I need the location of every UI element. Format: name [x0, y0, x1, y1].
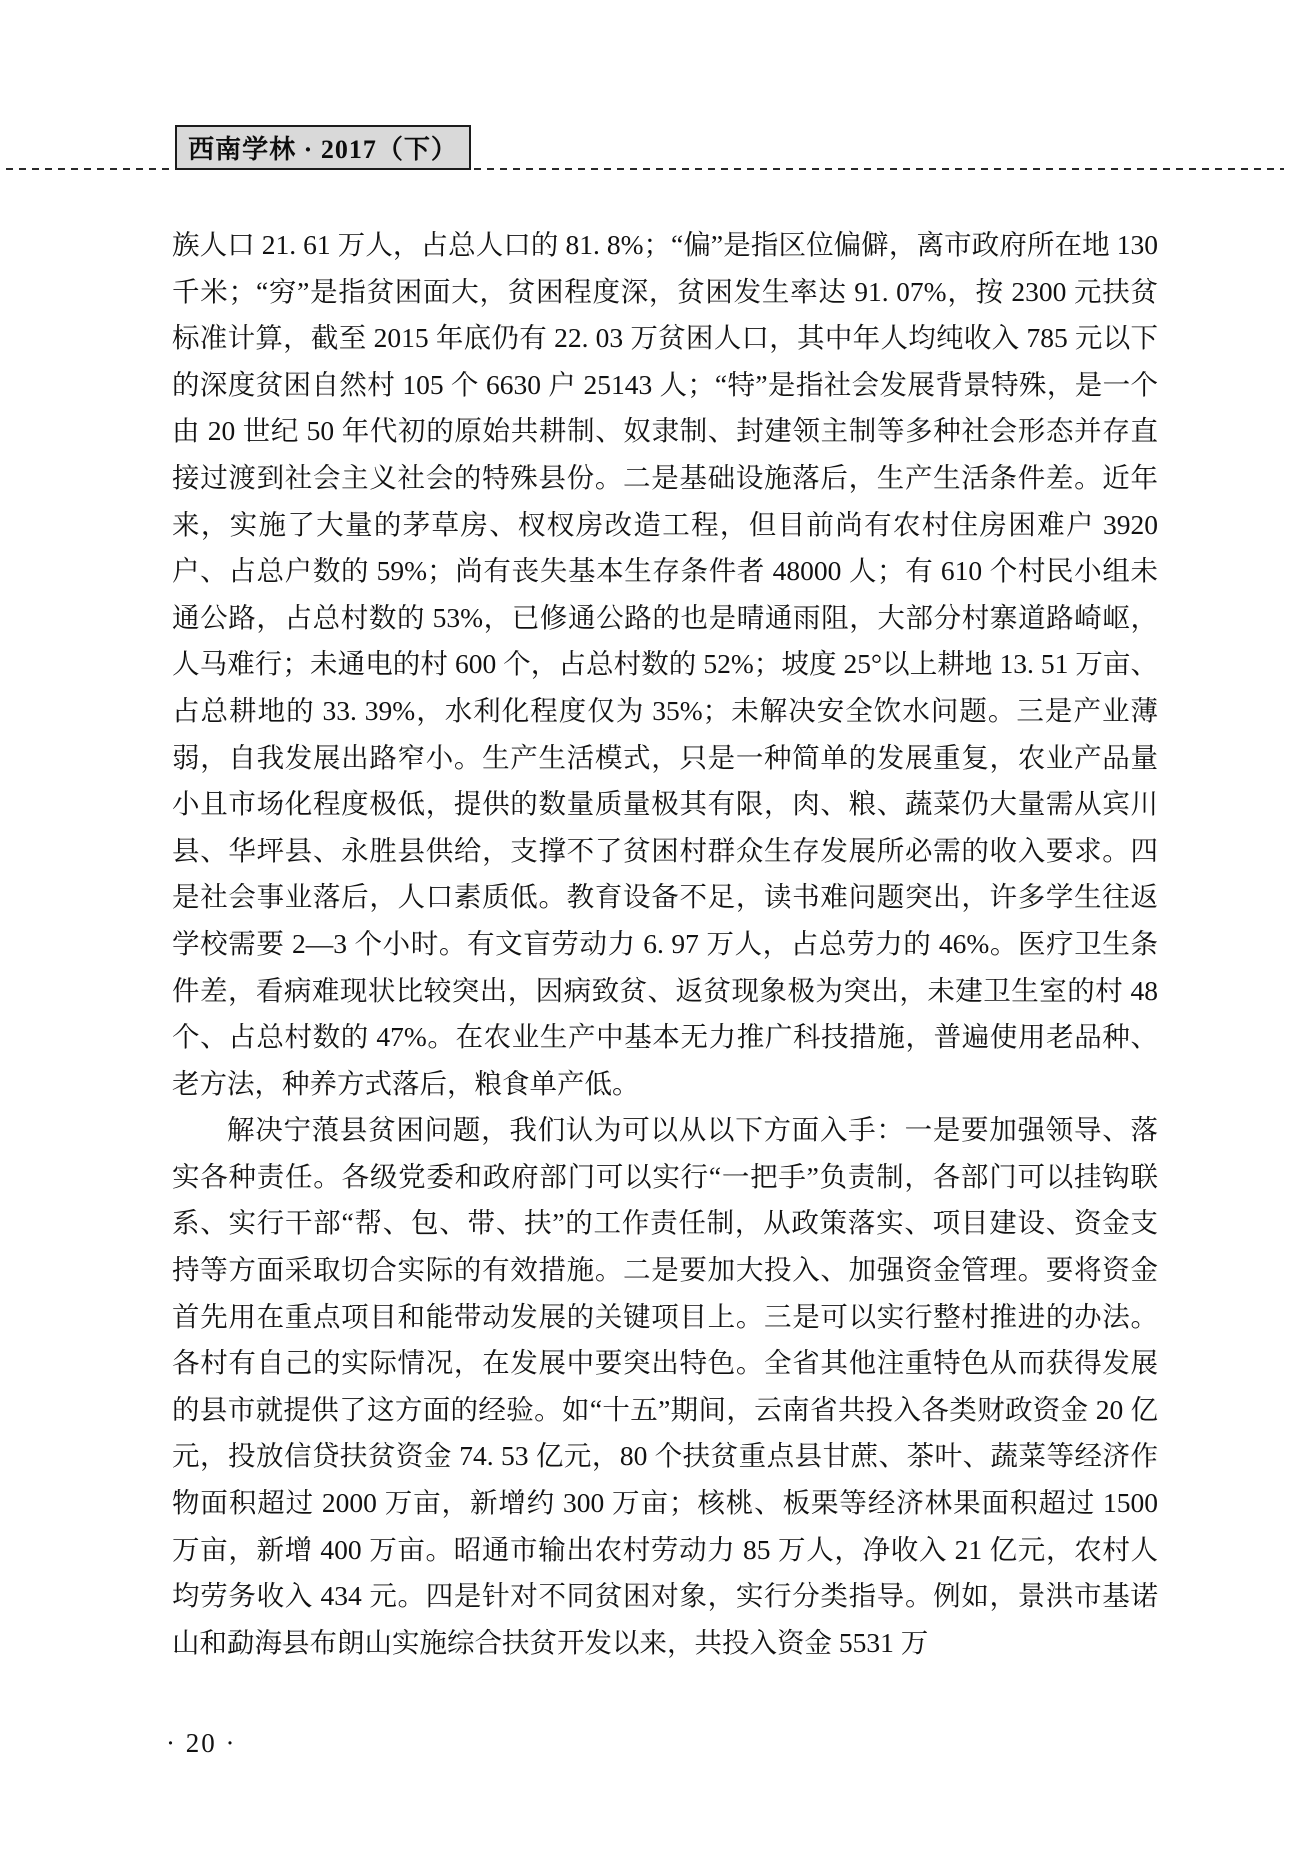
paragraph-solutions: 解决宁蒗县贫困问题，我们认为可以从以下方面入手：一是要加强领导、落实各种责任。各…: [172, 1107, 1158, 1666]
book-page: 西南学林 · 2017（下） 族人口 21. 61 万人，占总人口的 81. 8…: [0, 0, 1307, 1859]
body-text: 族人口 21. 61 万人，占总人口的 81. 8%；“偏”是指区位偏僻，离市政…: [172, 222, 1158, 1666]
running-head: 西南学林 · 2017（下）: [175, 125, 471, 170]
paragraph-continuation: 族人口 21. 61 万人，占总人口的 81. 8%；“偏”是指区位偏僻，离市政…: [172, 222, 1158, 1107]
running-head-title: 西南学林 · 2017（下）: [188, 129, 458, 166]
page-number: · 20 ·: [166, 1728, 236, 1759]
